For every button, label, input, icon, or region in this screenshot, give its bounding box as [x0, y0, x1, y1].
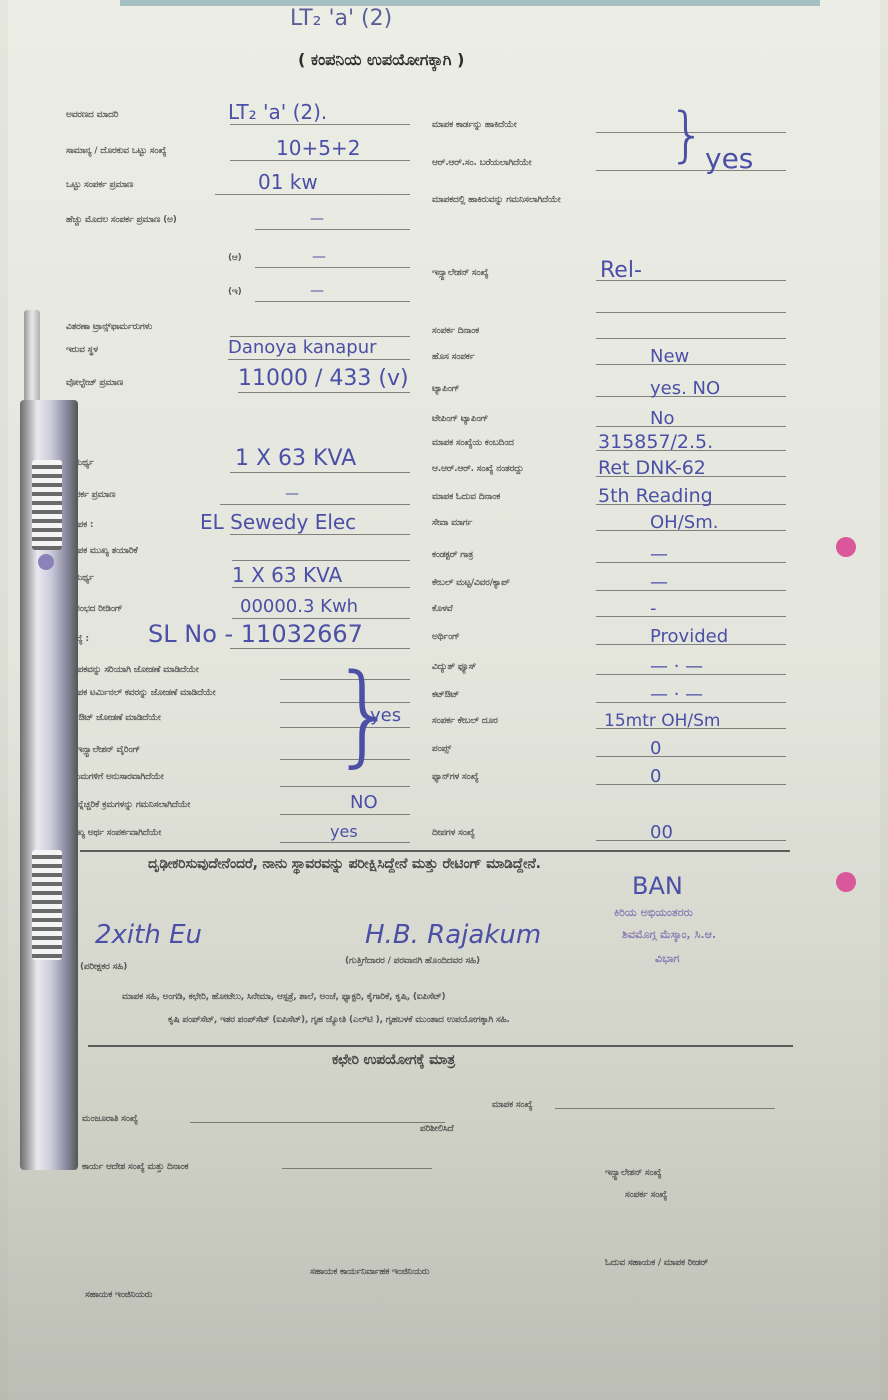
field-value: — [650, 572, 668, 593]
field-line [280, 842, 410, 843]
field-line [596, 590, 786, 591]
field-value: — [312, 249, 326, 265]
installation-number-label: ಇನ್ಸ್ಟಾಲೇಶನ್ ಸಂಖ್ಯೆ [605, 1168, 661, 1178]
field-label: ವಿದ್ಯುತ್ ಫ್ಯೂಸ್ [432, 662, 476, 672]
field-value: yes. NO [650, 378, 720, 399]
field-value: — · — [650, 656, 703, 677]
field-label: ಅವರಣದ ಮಾದರಿ [66, 110, 118, 120]
distribution-line-1: ಮಾಪಕ ಸಹಿ, ಅಂಗಡಿ, ಕಛೇರಿ, ಹೋಟೆಲು, ಸಿನೇಮಾ, … [122, 992, 445, 1002]
field-label: ಒಟ್ಟು ಸಂಪರ್ಕ ಪ್ರಮಾಣ [66, 180, 133, 190]
field-value: Danoya kanapur [228, 337, 377, 358]
field-value: 15mtr OH/Sm [604, 711, 721, 731]
field-value: OH/Sm. [650, 512, 718, 533]
field-value: No [650, 408, 674, 429]
field-line [230, 160, 410, 161]
field-value: — · — [650, 684, 703, 705]
contractor-signature-caption: (ಗುತ್ತಿಗೆದಾರರ / ಪರವಾನಗಿ ಹೊಂದಿದವರ ಸಹಿ) [345, 956, 480, 966]
field-label: ಪಂಪ್ಸ್ [432, 744, 451, 754]
field-label: ಸಂಪರ್ಕ ಕೇಬಲ್ ದೂರ [432, 716, 498, 726]
field-value: 00000.3 Kwh [240, 596, 358, 617]
field-label: ಕಟ್ಔಟ್ [432, 690, 459, 700]
field-value: yes [705, 142, 753, 175]
field-line [596, 364, 786, 365]
sanction-number-label: ಮಂಜೂರಾತಿ ಸಂಖ್ಯೆ [82, 1114, 138, 1124]
field-line [596, 840, 786, 841]
field-value: Ret DNK-62 [598, 457, 706, 479]
field-label: ಕೇಬಲ್ ಮಟ್ಟ/ವಿವರ/ಕ್ಯಾಪ್ [432, 578, 510, 588]
field-line [232, 587, 410, 588]
stamp-line-3: ವಿಭಾಗ [655, 952, 679, 966]
field-line [596, 312, 786, 313]
field-value: LT₂ 'a' (2). [228, 100, 327, 124]
field-label: (ಆ) [228, 253, 242, 263]
assistant-engineer-label: ಸಹಾಯಕ ಇಂಜಿನಿಯರು [85, 1290, 152, 1300]
field-value: - [650, 598, 657, 619]
field-value: EL Sewedy Elec [200, 510, 356, 534]
field-line [596, 784, 786, 785]
field-label: ಸೇವಾ ಮಾರ್ಗ [432, 518, 472, 528]
stamp-line-2: ಶಿವಮೊಗ್ಗ ಮೆಸ್ಕಾಂ, ಸಿ.ಆ. [622, 928, 716, 942]
field-line [596, 616, 786, 617]
field-label: ಸಂಪರ್ಕ ದಿನಾಂಕ [432, 326, 479, 336]
field-line [232, 560, 410, 561]
field-label: ಮಾಪಕ ಓದುವ ದಿನಾಂಕ [432, 492, 500, 502]
field-value: NO [350, 792, 378, 813]
field-label: ಮುನ್ನೆಚ್ಚರಿಕೆ ಕ್ರಮಗಳನ್ನು ಗಮನಿಸಲಾಗಿದೆಯೇ [66, 800, 190, 810]
field-line [220, 504, 410, 505]
brace-mark-left: } [330, 650, 400, 778]
field-label: ಹೊಸ ಸಂಪರ್ಕ [432, 352, 474, 362]
field-value: 315857/2.5. [598, 431, 713, 453]
field-line [596, 170, 786, 171]
field-line [230, 648, 410, 649]
contractor-signature: H.B. Rajakum [365, 920, 541, 950]
field-line [596, 426, 786, 427]
field-value: 1 X 63 KVA [232, 563, 342, 587]
field-value: 0 [650, 766, 661, 787]
field-label: ಆರ್.ಆರ್.ಸಂ. ಬರೆಯಲಾಗಿದೆಯೇ [432, 158, 531, 168]
punch-hole-marker [836, 872, 856, 892]
top-edge [120, 0, 820, 6]
field-line [280, 786, 410, 787]
field-value: yes [330, 822, 358, 841]
field-label: ಅರ್ಥಿಂಗ್ [432, 632, 460, 642]
field-line [232, 618, 410, 619]
field-line [596, 756, 786, 757]
section-divider [80, 850, 790, 852]
office-use-heading: ಕಛೇರಿ ಉಪಯೋಗಕ್ಕೆ ಮಾತ್ರ [332, 1052, 455, 1068]
field-value: — [310, 283, 324, 299]
field-value: — [285, 486, 299, 502]
field-label: ಮಾಪಕ ಟರ್ಮಿನಲ್ ಕವರನ್ನು ಜೋಡಣೆ ಮಾಡಿದೆಯೇ [66, 688, 215, 698]
field-label: ದೀಪಗಳ ಸಂಖ್ಯೆ [432, 828, 475, 838]
form-paper [8, 0, 880, 1400]
sanction-number-line [190, 1122, 445, 1123]
field-line [228, 359, 410, 360]
verified-label: ಪರಿಶೀಲಿಸಿದೆ [420, 1124, 454, 1134]
field-value: SL No - 11032667 [148, 620, 363, 648]
binder-clip [18, 310, 84, 1170]
work-order-label: ಕಾರ್ಯ ಆದೇಶ ಸಂಖ್ಯೆ ಮತ್ತು ದಿನಾಂಕ [82, 1162, 188, 1172]
inspector-signature-caption: (ಪರೀಕ್ಷಕರ ಸಹಿ) [80, 962, 127, 972]
field-line [255, 229, 410, 230]
office-divider [88, 1045, 793, 1047]
field-value: 11000 / 433 (v) [238, 366, 409, 391]
field-line [215, 194, 410, 195]
field-value: 5th Reading [598, 485, 713, 507]
field-line [230, 472, 410, 473]
meter-number-label: ಮಾಪಕ ಸಂಖ್ಯೆ [492, 1100, 532, 1110]
engineer-signature: BAN [632, 872, 683, 900]
field-line [596, 562, 786, 563]
assistant-exec-engineer-label: ಸಹಾಯಕ ಕಾರ್ಯನಿರ್ವಾಹಕ ಇಂಜಿನಿಯರು [310, 1267, 429, 1277]
form-subtitle: ( ಕಂಪನಿಯ ಉಪಯೋಗಕ್ಕಾಗಿ ) [298, 50, 464, 70]
field-value: 10+5+2 [276, 136, 360, 160]
field-value: New [650, 346, 689, 367]
field-label: ಕೊಳವೆ [432, 604, 453, 614]
connection-number-label: ಸಂಪರ್ಕ ಸಂಖ್ಯೆ [625, 1190, 667, 1200]
field-label: ಕಂಡಕ್ಟರ್ ಗಾತ್ರ [432, 550, 473, 560]
field-line [238, 392, 410, 393]
field-line [255, 267, 410, 268]
field-line [280, 814, 410, 815]
punch-hole-marker [836, 537, 856, 557]
field-line [255, 301, 410, 302]
field-label: ಫ್ಯಾನ್‌ಗಳ ಸಂಖ್ಯೆ [432, 772, 479, 782]
inspector-signature: 2xith Eu [95, 920, 202, 950]
field-label: ಮಾಪಕ ಕಾರ್ಡನ್ನು ಹಾಕಿದೆಯೇ [432, 120, 517, 130]
field-value: — [310, 211, 324, 227]
field-label: ಸಾಮಾನ್ಯ / ದೊರಕುವ ಒಟ್ಟು ಸಂಖ್ಯೆ [66, 146, 166, 156]
field-label: (ಇ) [228, 287, 241, 297]
field-label: ಟ್ಯಾಪಿಂಗ್ [432, 384, 459, 394]
field-label: ಟೇಪಿಂಗ್ ಟ್ಯಾಪಿಂಗ್ [432, 414, 488, 424]
field-label: ಮಾಪಕ ಸಂಖ್ಯೆಯ ಕಂಬದಿಂದ [432, 438, 514, 448]
field-value: 0 [650, 738, 661, 759]
field-label: ಮಾಪಕವನ್ನು ಸರಿಯಾಗಿ ಜೋಡಣೆ ಮಾಡಿದೆಯೇ [66, 665, 198, 675]
distribution-line-2: ಕೃಷಿ ಪಂಪ್‌ಸೆಟ್, ಇತರ ಪಂಪ್‌ಸೆಟ್ (ಐಪಿಸೆಟ್),… [168, 1015, 510, 1025]
field-value: 01 kw [258, 170, 318, 194]
meter-reader-label: ಓದುವ ಸಹಾಯಕ / ಮಾಪಕ ರೀಡರ್ [605, 1258, 708, 1268]
field-label: ಇನ್ಸ್ಟಾಲೇಶನ್ ಸಂಖ್ಯೆ [432, 268, 488, 278]
form-title: LT₂ 'a' (2) [290, 6, 392, 31]
field-label: ಮಾಪಕದಲ್ಲಿ ಹಾಕಿರುವನ್ನು ಗಮನಿಸಲಾಗಿದೆಯೇ [432, 195, 560, 205]
field-line [230, 124, 410, 125]
field-value: 1 X 63 KVA [235, 446, 356, 471]
field-line [596, 338, 786, 339]
field-value: Provided [650, 626, 728, 647]
field-line [230, 534, 410, 535]
field-value: Rel- [600, 258, 642, 283]
field-value: 00 [650, 822, 673, 843]
stamp-line-1: ಕಿರಿಯ ಅಭಿಯಂತರರು [614, 906, 693, 920]
field-value: — [650, 544, 668, 565]
field-label: ಆ.ಆರ್.ಆರ್. ಸಂಖ್ಯೆ ನಂತರದ್ದು [432, 464, 523, 474]
brace-mark-right: } [668, 100, 706, 170]
meter-number-line [555, 1108, 775, 1109]
work-order-line [282, 1168, 432, 1169]
declaration-text: ದೃಢೀಕರಿಸುವುದೇನೆಂದರೆ, ನಾನು ಸ್ಥಾವರವನ್ನು ಪರ… [148, 856, 541, 872]
field-label: ಹೆಚ್ಚು ಮೊದಲ ಸಂಪರ್ಕ ಪ್ರಮಾಣ (ಅ) [66, 215, 177, 225]
